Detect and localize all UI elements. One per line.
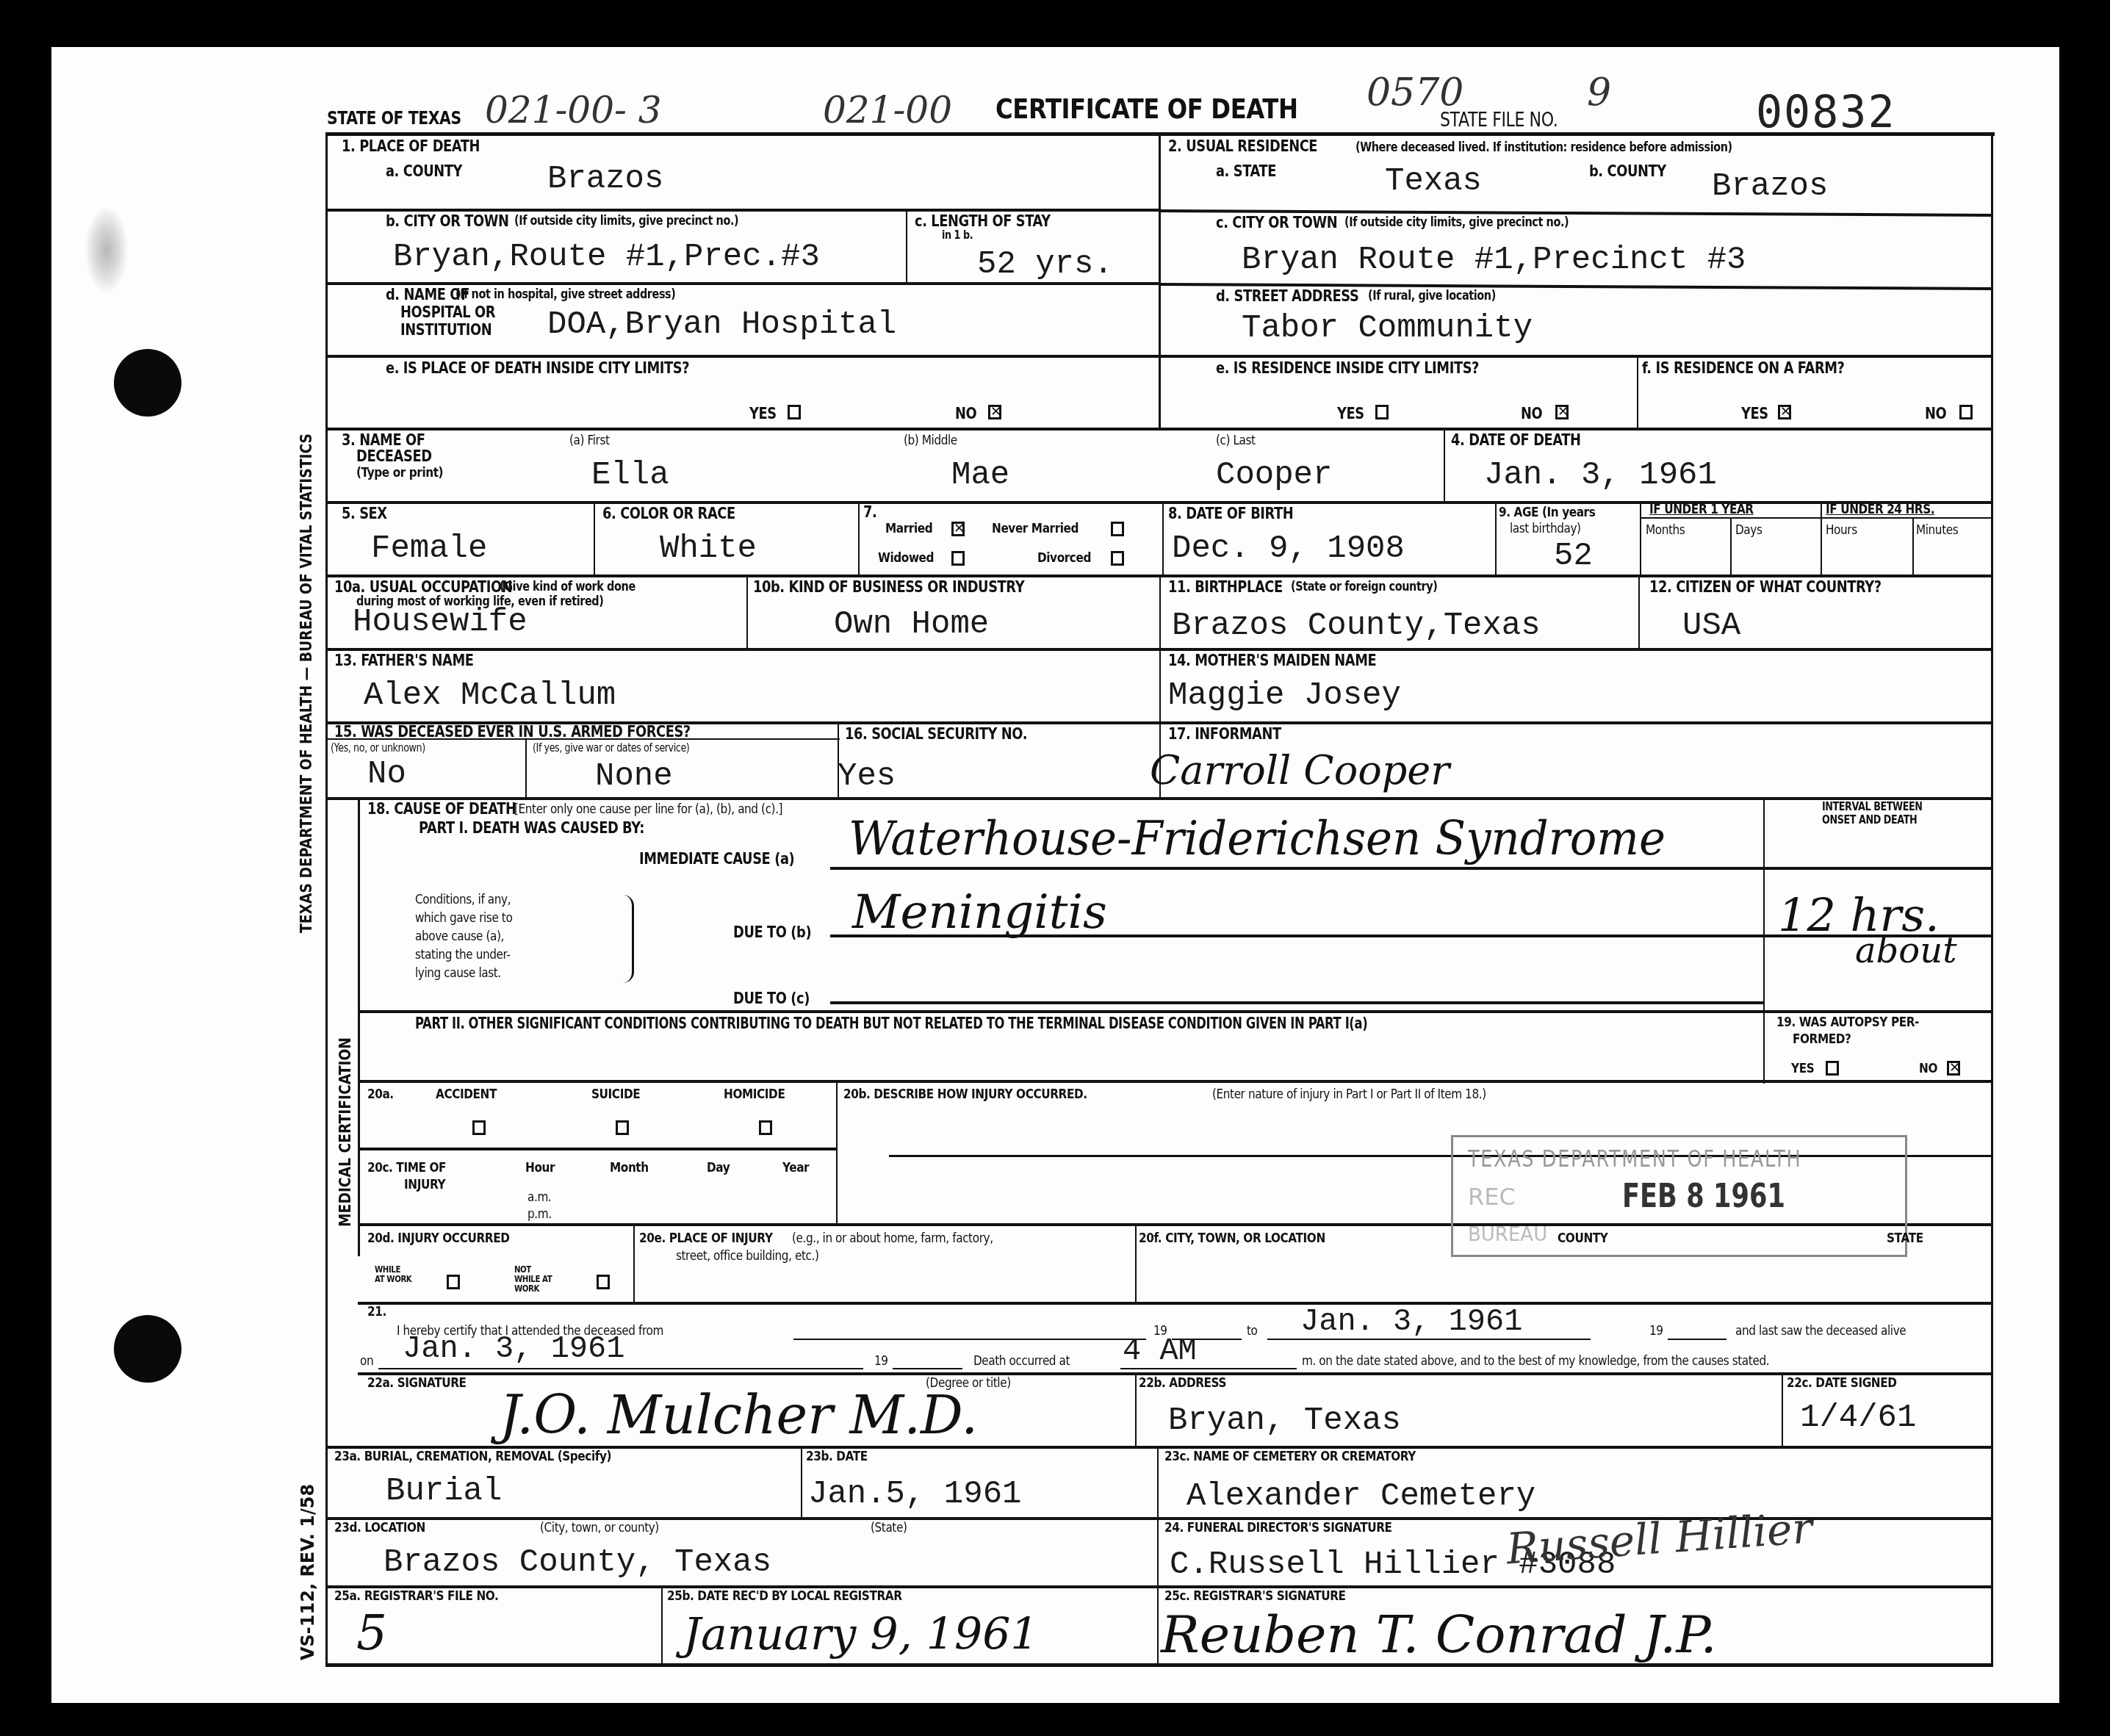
- business-label: 10b. KIND OF BUSINESS OR INDUSTRY: [753, 579, 1024, 596]
- stamp-rec: REC: [1468, 1183, 1516, 1211]
- first-name-value: Ella: [591, 459, 669, 491]
- time-of-injury-label: 20c. TIME OF: [367, 1161, 446, 1175]
- res-city-value: Bryan Route #1,Precinct #3: [1242, 244, 1746, 276]
- res-farm-no-checkbox[interactable]: [1959, 405, 1973, 419]
- pod-stay-value: 52 yrs.: [977, 248, 1113, 281]
- signature-label: 22a. SIGNATURE: [367, 1376, 467, 1391]
- col-line: [1135, 1223, 1137, 1304]
- pod-stay-label: c. LENGTH OF STAY: [915, 213, 1051, 230]
- res-county-value: Brazos: [1712, 170, 1828, 203]
- cert-on-line: [378, 1368, 863, 1369]
- res-street-value: Tabor Community: [1242, 312, 1533, 345]
- stamp-bureau: BUREAU: [1468, 1224, 1547, 1246]
- registrar-signature-value: Reuben T. Conrad J.P.: [1161, 1609, 1717, 1660]
- col-line: [594, 501, 595, 575]
- cause-note: [Enter only one cause per line for (a), …: [514, 802, 782, 817]
- handwritten-file-no: 0570: [1367, 73, 1463, 112]
- occupation-value: Housewife: [353, 606, 527, 638]
- address-value: Bryan, Texas: [1168, 1405, 1401, 1437]
- cert-to-label: to: [1247, 1324, 1258, 1339]
- col-line: [1637, 355, 1638, 428]
- col-line: [1730, 517, 1732, 575]
- citizen-label: 12. CITIZEN OF WHAT COUNTRY?: [1649, 579, 1882, 596]
- part1-label: PART I. DEATH WAS CAUSED BY:: [419, 820, 644, 837]
- state-file-no-label: STATE FILE NO.: [1440, 110, 1558, 132]
- dob-value: Dec. 9, 1908: [1172, 533, 1405, 565]
- pod-inside-city-label: e. IS PLACE OF DEATH INSIDE CITY LIMITS?: [386, 360, 689, 377]
- date-signed-value: 1/4/61: [1800, 1402, 1916, 1434]
- divorced-label: Divorced: [1037, 551, 1091, 566]
- col-line: [858, 501, 860, 575]
- date-recd-value: January 9, 1961: [683, 1613, 1039, 1657]
- burial-method-value: Burial: [386, 1475, 502, 1508]
- row-line: [358, 1302, 1992, 1305]
- conditions-note-3: above cause (a),: [415, 929, 504, 944]
- res-inside-yes-label: YES: [1337, 406, 1364, 422]
- armed-yn-label: (Yes, no, or unknown): [331, 742, 425, 754]
- certificate-title: CERTIFICATE OF DEATH: [995, 94, 1298, 125]
- name-label-3: (Type or print): [356, 466, 443, 480]
- conditions-note-2: which gave rise to: [415, 911, 512, 926]
- cert-time-line: [1120, 1368, 1297, 1369]
- cert-19-line-c: [893, 1368, 962, 1369]
- res-farm-yes-label: YES: [1741, 406, 1768, 422]
- race-label: 6. COLOR OR RACE: [602, 505, 735, 522]
- occupation-label: 10a. USUAL OCCUPATION: [334, 579, 512, 596]
- father-label: 13. FATHER'S NAME: [334, 652, 473, 669]
- injury-20a-num: 20a.: [367, 1087, 394, 1102]
- accident-label: ACCIDENT: [436, 1087, 497, 1102]
- birthplace-label: 11. BIRTHPLACE: [1168, 579, 1283, 596]
- pod-county-value: Brazos: [547, 163, 663, 195]
- conditions-note-5: lying cause last.: [415, 966, 501, 981]
- usual-residence-label: 2. USUAL RESIDENCE: [1168, 138, 1317, 155]
- pod-city-value: Bryan,Route #1,Prec.#3: [393, 241, 820, 273]
- row-line: [325, 282, 1159, 285]
- suicide-label: SUICIDE: [591, 1087, 640, 1102]
- col-line: [1495, 501, 1497, 575]
- under-year-label: IF UNDER 1 YEAR: [1649, 503, 1754, 517]
- handwritten-file-suffix: 9: [1587, 73, 1611, 112]
- name-label: 3. NAME OF: [342, 432, 425, 449]
- col-line: [1821, 501, 1822, 575]
- widowed-label: Widowed: [878, 551, 934, 566]
- due-to-c-line: [830, 1001, 1763, 1004]
- cert-19-c: 19: [874, 1354, 888, 1369]
- pod-inside-no-label: NO: [955, 406, 976, 422]
- res-street-note: (If rural, give location): [1368, 289, 1496, 303]
- interval-col-line: [1763, 797, 1765, 1084]
- date-recd-label: 25b. DATE REC'D BY LOCAL REGISTRAR: [667, 1589, 902, 1604]
- col-line: [1157, 1446, 1159, 1666]
- punch-hole-top: [114, 349, 181, 417]
- ssn-label: 16. SOCIAL SECURITY NO.: [845, 726, 1027, 743]
- pod-city-label: b. CITY OR TOWN: [386, 213, 509, 230]
- res-state-label: a. STATE: [1216, 163, 1276, 180]
- received-stamp: TEXAS DEPARTMENT OF HEALTH REC FEB 8 196…: [1451, 1135, 1907, 1257]
- handwritten-code-2: 021-00: [823, 92, 952, 129]
- year-label: Year: [782, 1161, 809, 1175]
- cert-to-line: [1267, 1339, 1591, 1340]
- col-line: [633, 1223, 635, 1304]
- col-line: [525, 738, 527, 797]
- autopsy-yes-label: YES: [1791, 1062, 1814, 1076]
- cert-from-line: [793, 1339, 1146, 1340]
- pm-label: p.m.: [527, 1207, 552, 1222]
- race-value: White: [660, 533, 757, 565]
- mother-label: 14. MOTHER'S MAIDEN NAME: [1168, 652, 1376, 669]
- form-bottom-border: [325, 1663, 1993, 1667]
- res-inside-no-label: NO: [1521, 406, 1542, 422]
- bureau-vertical-title: TEXAS DEPARTMENT OF HEALTH — BUREAU OF V…: [298, 433, 316, 933]
- pod-hospital-label-2: HOSPITAL OR: [400, 304, 495, 321]
- col-line: [1640, 501, 1641, 575]
- cert-death-occurred-label: Death occurred at: [973, 1354, 1070, 1369]
- marital-num: 7.: [863, 504, 876, 521]
- row-line: [325, 797, 1993, 800]
- conditions-brace: [623, 895, 634, 983]
- immediate-cause-label: IMMEDIATE CAUSE (a): [639, 851, 794, 868]
- pod-stay-sub: in 1 b.: [942, 229, 973, 242]
- medical-inner-border: [358, 797, 360, 1256]
- sub-line: [325, 738, 840, 740]
- married-checkbox[interactable]: ✕: [951, 522, 965, 536]
- divorced-checkbox[interactable]: [1111, 551, 1124, 566]
- pod-hospital-note: (If not in hospital, give street address…: [456, 288, 675, 302]
- sex-value: Female: [371, 533, 487, 565]
- cert-death-time: 4 AM: [1123, 1336, 1197, 1366]
- cert-19-b: 19: [1649, 1324, 1663, 1339]
- pod-inside-yes-label: YES: [749, 406, 777, 422]
- middle-name-value: Mae: [951, 459, 1009, 491]
- registrar-file-no-label: 25a. REGISTRAR'S FILE NO.: [334, 1589, 498, 1604]
- res-farm-no-label: NO: [1925, 406, 1946, 422]
- burial-method-label: 23a. BURIAL, CREMATION, REMOVAL (Specify…: [334, 1449, 611, 1464]
- while-at-work-label: WHILE AT WORK: [375, 1265, 412, 1284]
- months-label: Months: [1646, 523, 1685, 538]
- col-line: [906, 209, 907, 282]
- row-line: [325, 428, 1993, 431]
- cemetery-label: 23c. NAME OF CEMETERY OR CREMATORY: [1164, 1449, 1416, 1464]
- place-of-injury-label: 20e. PLACE OF INJURY: [639, 1231, 773, 1246]
- cert-19-line-b: [1668, 1339, 1726, 1340]
- res-street-label: d. STREET ADDRESS: [1216, 288, 1358, 305]
- pod-city-note: (If outside city limits, give precinct n…: [514, 215, 738, 228]
- while-at-work-checkbox[interactable]: [447, 1275, 460, 1289]
- col-line: [836, 1080, 838, 1223]
- cert-text-2: m. on the date stated above, and to the …: [1302, 1354, 1769, 1369]
- res-inside-no-checkbox[interactable]: ✕: [1555, 405, 1569, 419]
- res-county-label: b. COUNTY: [1589, 163, 1666, 180]
- sex-label: 5. SEX: [342, 505, 387, 522]
- due-to-b-value: Meningitis: [852, 889, 1107, 936]
- informant-label: 17. INFORMANT: [1168, 726, 1281, 743]
- immediate-cause-line: [830, 867, 1992, 870]
- stamp-date: FEB 8 1961: [1622, 1178, 1785, 1215]
- pod-hospital-value: DOA,Bryan Hospital: [547, 309, 896, 341]
- time-of-injury-label-2: INJURY: [404, 1178, 445, 1192]
- col-line: [1159, 575, 1161, 648]
- pod-county-label: a. COUNTY: [386, 163, 462, 180]
- age-label: 9. AGE (In years: [1499, 505, 1595, 520]
- armed-war-label: (If yes, give war or dates of service): [533, 742, 689, 754]
- place-of-injury-note: (e.g., in or about home, farm, factory,: [792, 1231, 993, 1246]
- col-line: [1135, 1372, 1137, 1446]
- autopsy-label-2: FORMED?: [1793, 1032, 1851, 1047]
- injury-city-label: 20f. CITY, TOWN, OR LOCATION: [1139, 1231, 1325, 1246]
- autopsy-label: 19. WAS AUTOPSY PER-: [1776, 1015, 1919, 1030]
- row-line: [1159, 355, 1992, 358]
- cert-num: 21.: [367, 1305, 386, 1319]
- medical-certification-label: MEDICAL CERTIFICATION: [336, 1037, 355, 1227]
- ink-smudge: [84, 206, 129, 294]
- res-farm-yes-checkbox[interactable]: ✕: [1778, 405, 1791, 419]
- sub-line: [1640, 517, 1992, 519]
- last-name-label: (c) Last: [1216, 433, 1256, 448]
- not-while-at-work-label: NOT WHILE AT WORK: [514, 1265, 558, 1294]
- funeral-director-label: 24. FUNERAL DIRECTOR'S SIGNATURE: [1164, 1521, 1392, 1535]
- form-right-border: [1991, 132, 1993, 1665]
- pod-inside-no-checkbox[interactable]: ✕: [988, 405, 1001, 419]
- last-name-value: Cooper: [1216, 459, 1332, 491]
- form-left-border: [325, 132, 328, 1665]
- interval-value-2: about: [1855, 933, 1956, 968]
- informant-signature: Carroll Cooper: [1150, 751, 1450, 790]
- row-line: [325, 355, 1159, 358]
- days-label: Days: [1735, 523, 1762, 538]
- month-label: Month: [610, 1161, 649, 1175]
- cert-on-label: on: [360, 1354, 373, 1369]
- interval-label-2: ONSET AND DEATH: [1822, 814, 1917, 826]
- first-name-label: (a) First: [569, 433, 610, 448]
- state-of-texas-label: STATE OF TEXAS: [327, 109, 461, 128]
- row-line: [325, 209, 1159, 212]
- injury-state-label: STATE: [1887, 1231, 1923, 1246]
- conditions-note-1: Conditions, if any,: [415, 893, 511, 907]
- middle-name-label: (b) Middle: [904, 433, 957, 448]
- suicide-checkbox[interactable]: [616, 1120, 629, 1135]
- birthplace-value: Brazos County,Texas: [1172, 610, 1541, 642]
- col-line: [661, 1585, 663, 1665]
- conditions-note-4: stating the under-: [415, 948, 511, 962]
- res-state-value: Texas: [1385, 165, 1482, 198]
- due-to-c-label: DUE TO (c): [733, 990, 810, 1007]
- describe-injury-note: (Enter nature of injury in Part I or Par…: [1212, 1087, 1486, 1102]
- cert-last-saw: and last saw the deceased alive: [1735, 1324, 1906, 1339]
- cert-to-date: Jan. 3, 1961: [1300, 1306, 1522, 1337]
- burial-date-label: 23b. DATE: [806, 1449, 868, 1464]
- describe-injury-label: 20b. DESCRIBE HOW INJURY OCCURRED.: [843, 1087, 1087, 1102]
- burial-location-label: 23d. LOCATION: [334, 1521, 425, 1535]
- usual-residence-note: (Where deceased lived. If institution: r…: [1355, 141, 1732, 155]
- day-label: Day: [707, 1161, 730, 1175]
- col-line: [801, 1446, 802, 1517]
- col-line: [1159, 648, 1161, 721]
- stamp-department: TEXAS DEPARTMENT OF HEALTH: [1468, 1145, 1801, 1173]
- col-line: [1444, 428, 1445, 501]
- never-married-checkbox[interactable]: [1111, 522, 1124, 536]
- birthplace-note: (State or foreign country): [1291, 580, 1437, 594]
- address-label: 22b. ADDRESS: [1139, 1376, 1226, 1391]
- armed-value: No: [367, 758, 406, 790]
- res-city-note: (If outside city limits, give precinct n…: [1344, 216, 1569, 230]
- physician-signature: J.O. Mulcher M.D.: [500, 1389, 978, 1441]
- place-of-injury-note-2: street, office building, etc.): [676, 1249, 818, 1264]
- cause-label: 18. CAUSE OF DEATH: [367, 801, 516, 818]
- form-number: VS-112, REV. 1/58: [298, 1484, 318, 1660]
- res-inside-yes-checkbox[interactable]: [1375, 405, 1389, 419]
- res-inside-city-label: e. IS RESIDENCE INSIDE CITY LIMITS?: [1216, 360, 1479, 377]
- col-line: [1912, 517, 1914, 575]
- age-label-2: last birthday): [1510, 522, 1581, 536]
- homicide-label: HOMICIDE: [724, 1087, 785, 1102]
- homicide-checkbox[interactable]: [759, 1120, 772, 1135]
- dob-label: 8. DATE OF BIRTH: [1168, 505, 1293, 522]
- due-to-b-label: DUE TO (b): [733, 924, 811, 941]
- row-line: [358, 1148, 836, 1150]
- res-city-label: c. CITY OR TOWN: [1216, 215, 1337, 231]
- armed-war-value: None: [595, 760, 673, 793]
- age-value: 52: [1554, 540, 1593, 572]
- father-value: Alex McCallum: [364, 680, 616, 712]
- married-label: Married: [885, 522, 932, 536]
- minutes-label: Minutes: [1916, 523, 1958, 538]
- part2-label: PART II. OTHER SIGNIFICANT CONDITIONS CO…: [415, 1015, 1367, 1032]
- mother-value: Maggie Josey: [1168, 680, 1401, 712]
- place-of-death-label: 1. PLACE OF DEATH: [342, 138, 480, 155]
- burial-location-state-label: (State): [871, 1521, 907, 1535]
- row-line: [358, 1080, 1992, 1083]
- autopsy-no-checkbox[interactable]: ✕: [1947, 1061, 1960, 1076]
- stamped-number: 00832: [1756, 87, 1896, 138]
- never-married-label: Never Married: [992, 522, 1079, 536]
- ssn-value: Yes: [838, 760, 896, 793]
- not-while-at-work-checkbox[interactable]: [597, 1275, 610, 1289]
- widowed-checkbox[interactable]: [951, 551, 965, 566]
- autopsy-yes-checkbox[interactable]: [1826, 1061, 1839, 1076]
- row-line: [358, 1010, 1992, 1013]
- dod-label: 4. DATE OF DEATH: [1451, 432, 1581, 449]
- hour-label: Hour: [525, 1161, 555, 1175]
- burial-date-value: Jan.5, 1961: [808, 1478, 1021, 1510]
- registrar-signature-label: 25c. REGISTRAR'S SIGNATURE: [1164, 1589, 1346, 1604]
- burial-location-value: Brazos County, Texas: [384, 1546, 771, 1579]
- cert-on-date: Jan. 3, 1961: [403, 1333, 624, 1364]
- handwritten-code-1: 021-00- 3: [485, 92, 662, 129]
- pod-hospital-label-3: INSTITUTION: [400, 322, 492, 339]
- pod-inside-yes-checkbox[interactable]: [788, 405, 801, 419]
- col-line: [746, 575, 748, 648]
- section-divider-1-2: [1159, 132, 1161, 428]
- citizen-value: USA: [1682, 610, 1740, 642]
- am-label: a.m.: [527, 1190, 551, 1205]
- res-farm-label: f. IS RESIDENCE ON A FARM?: [1642, 360, 1845, 377]
- col-line: [1782, 1372, 1783, 1446]
- injury-occurred-label: 20d. INJURY OCCURRED: [367, 1231, 509, 1246]
- autopsy-no-label: NO: [1919, 1062, 1937, 1076]
- occupation-note: (Give kind of work done: [500, 580, 635, 594]
- immediate-cause-value: Waterhouse-Friderichsen Syndrome: [849, 815, 1666, 862]
- date-signed-label: 22c. DATE SIGNED: [1787, 1376, 1897, 1391]
- hours-label: Hours: [1826, 523, 1857, 538]
- burial-location-city-label: (City, town, or county): [540, 1521, 659, 1535]
- injury-county-label: COUNTY: [1558, 1231, 1607, 1246]
- interval-label: INTERVAL BETWEEN: [1822, 801, 1923, 813]
- cemetery-value: Alexander Cemetery: [1187, 1480, 1535, 1513]
- business-value: Own Home: [834, 608, 989, 641]
- col-line: [1162, 501, 1164, 575]
- punch-hole-bottom: [114, 1315, 181, 1383]
- registrar-file-no-value: 5: [356, 1609, 387, 1657]
- dod-value: Jan. 3, 1961: [1484, 459, 1717, 491]
- col-line: [1638, 575, 1640, 648]
- name-label-2: DECEASED: [356, 448, 432, 465]
- under-24-label: IF UNDER 24 HRS.: [1826, 503, 1934, 517]
- accident-checkbox[interactable]: [472, 1120, 486, 1135]
- row-line: [325, 1585, 1993, 1588]
